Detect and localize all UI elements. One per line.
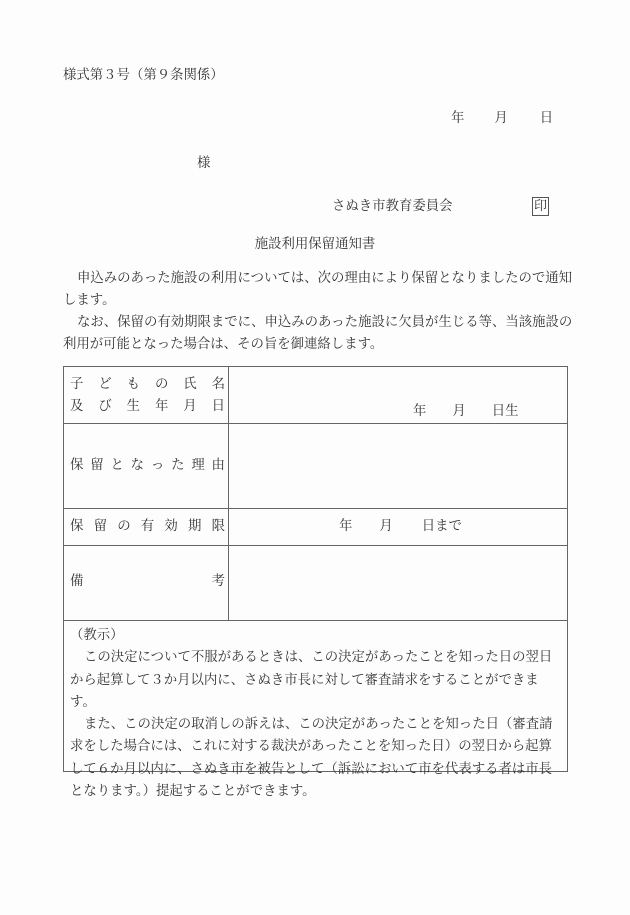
- column-divider: [228, 367, 229, 620]
- notice-paragraph-1: この決定について不服があるときは、この決定があったことを知った日の翌日から起算し…: [70, 647, 564, 714]
- form-number: 様式第３号（第９条関係）: [63, 69, 224, 82]
- validity-month-label: 月: [379, 519, 392, 534]
- date-day-label: 日: [540, 112, 553, 125]
- label-remarks: 備 考: [70, 575, 225, 588]
- label-char: 有: [141, 520, 154, 533]
- label-char: っ: [151, 459, 164, 472]
- label-char: な: [131, 459, 144, 472]
- label-char: 考: [212, 575, 225, 588]
- notice-paragraph-2: また、この決定の取消しの訴えは、この決定があったことを知った日（審査請求をした場…: [70, 714, 564, 803]
- label-birthdate: 及 び 生 年 月 日: [70, 400, 225, 413]
- notice-paragraph-1-text: この決定について不服があるときは、この決定があったことを知った日の翌日から起算し…: [70, 650, 552, 710]
- label-char: 留: [90, 459, 103, 472]
- label-char: 月: [183, 400, 196, 413]
- label-char: 子: [70, 378, 83, 391]
- label-char: び: [98, 400, 111, 413]
- reason-field[interactable]: [230, 424, 566, 508]
- row-divider: [64, 508, 567, 509]
- row-divider: [64, 620, 567, 621]
- label-char: 日: [212, 400, 225, 413]
- label-char: の: [155, 378, 168, 391]
- label-reason: 保 留 と な っ た 理 由: [70, 459, 225, 472]
- birth-month-label: 月: [452, 404, 465, 419]
- label-char: 名: [212, 378, 225, 391]
- issuer-name: さぬき市教育委員会: [332, 200, 453, 213]
- date-year-label: 年: [451, 112, 464, 125]
- label-char: 年: [155, 400, 168, 413]
- seal-mark: 印: [532, 197, 549, 216]
- notice-paragraph-2-text: また、この決定の取消しの訴えは、この決定があったことを知った日（審査請求をした場…: [70, 717, 553, 799]
- validity-year-label: 年: [339, 519, 352, 534]
- body-paragraph-2-text: なお、保留の有効期限までに、申込みのあった施設に欠員が生じる等、当該施設の利用が…: [63, 315, 572, 352]
- body-paragraph-2: なお、保留の有効期限までに、申込みのあった施設に欠員が生じる等、当該施設の利用が…: [63, 312, 577, 356]
- label-char: 氏: [183, 378, 196, 391]
- label-validity: 保 留 の 有 効 期 限: [70, 520, 225, 533]
- validity-day-label: 日まで: [422, 519, 462, 534]
- label-char: と: [110, 459, 123, 472]
- label-char: ど: [98, 378, 111, 391]
- birth-year-label: 年: [413, 404, 426, 419]
- label-char: 生: [127, 400, 140, 413]
- issue-date: 年月日: [451, 112, 553, 125]
- document-title: 施設利用保留通知書: [0, 238, 630, 251]
- notice-heading: （教示）: [70, 625, 564, 647]
- date-month-label: 月: [494, 112, 507, 125]
- label-child-name: 子 ど も の 氏 名: [70, 378, 225, 391]
- label-char: 由: [212, 459, 225, 472]
- validity-date-field[interactable]: 年月日まで: [339, 520, 462, 533]
- label-char: 期: [188, 520, 201, 533]
- body-paragraph-1-text: 申込みのあった施設の利用については、次の理由により保留となりましたので通知します…: [63, 271, 572, 308]
- addressee-suffix: 様: [197, 157, 210, 170]
- label-char: 留: [94, 520, 107, 533]
- appeal-notice: （教示） この決定について不服があるときは、この決定があったことを知った日の翌日…: [70, 625, 564, 803]
- label-char: 限: [212, 520, 225, 533]
- label-char: た: [171, 459, 184, 472]
- label-char: 及: [70, 400, 83, 413]
- remarks-field[interactable]: [230, 546, 566, 620]
- label-char: 保: [70, 459, 83, 472]
- birth-day-label: 日生: [492, 404, 519, 419]
- label-char: 備: [70, 575, 83, 588]
- label-char: も: [127, 378, 140, 391]
- label-char: 効: [164, 520, 177, 533]
- label-char: 保: [70, 520, 83, 533]
- body-paragraph-1: 申込みのあった施設の利用については、次の理由により保留となりましたので通知します…: [63, 268, 577, 312]
- notification-table: 子 ど も の 氏 名 及 び 生 年 月 日 年月日生 保 留 と な っ た…: [63, 366, 568, 772]
- label-char: 理: [191, 459, 204, 472]
- birthdate-field[interactable]: 年月日生: [413, 405, 519, 418]
- label-char: の: [117, 520, 130, 533]
